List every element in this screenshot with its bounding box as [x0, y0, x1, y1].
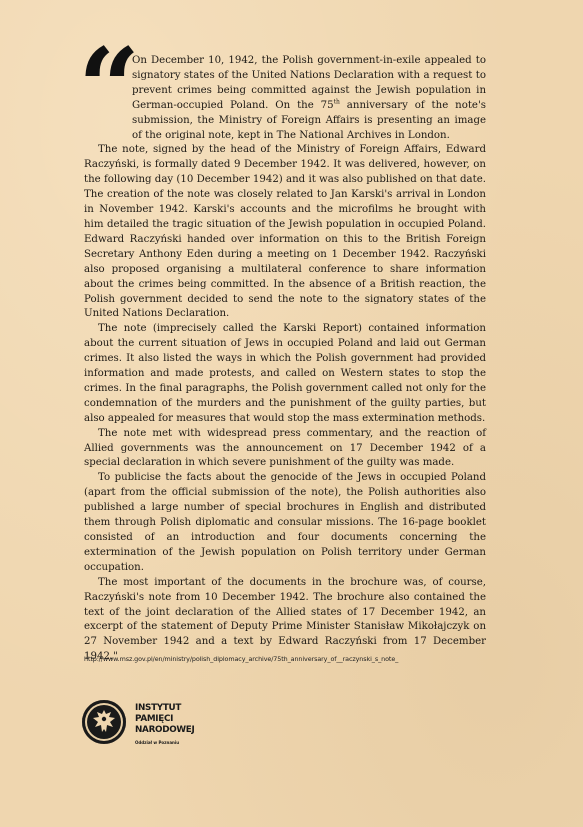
quote-mark-icon: “	[78, 34, 134, 142]
paragraph-intro: On December 10, 1942, the Polish governm…	[84, 54, 486, 143]
logo-line-2: PAMIĘCI	[135, 714, 195, 725]
logo-line-1: INSTYTUT	[135, 703, 195, 714]
paragraph-documents: The most important of the documents in t…	[84, 576, 486, 665]
source-link[interactable]: http://www.msz.gov.pl/en/ministry/polish…	[84, 655, 398, 663]
paragraph-reaction: The note met with widespread press comme…	[84, 427, 486, 472]
eagle-emblem-icon	[82, 700, 126, 744]
logo-line-3: NARODOWEJ	[135, 725, 195, 736]
paragraph-brochures: To publicise the facts about the genocid…	[84, 471, 486, 575]
paragraph-note-signing: The note, signed by the head of the Mini…	[84, 143, 486, 322]
paragraph-note-contents: The note (imprecisely called the Karski …	[84, 322, 486, 426]
eagle-icon	[91, 708, 117, 736]
ipn-logo: INSTYTUT PAMIĘCI NARODOWEJ Oddział w Poz…	[82, 700, 195, 745]
document-body: “ On December 10, 1942, the Polish gover…	[84, 54, 486, 665]
logo-subtitle: Oddział w Poznaniu	[135, 740, 195, 745]
